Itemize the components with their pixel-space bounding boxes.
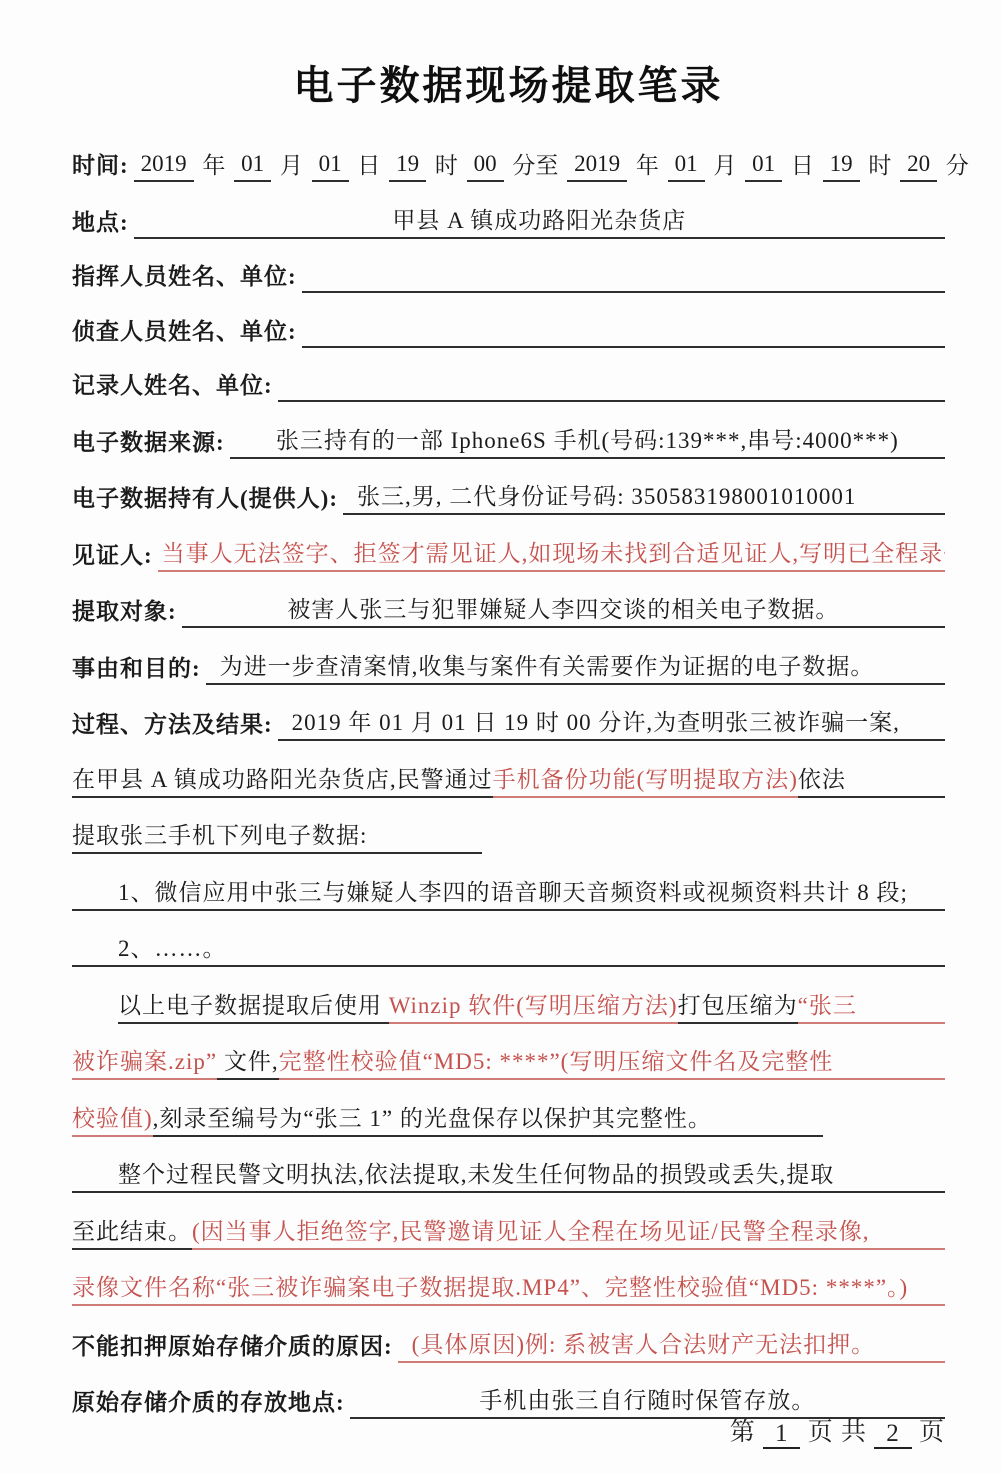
packaging-line2-red-filename-end: 被诈骗案.zip” xyxy=(72,1045,217,1080)
time-unit-hour2: 时 xyxy=(860,149,901,182)
time-end-minute: 20 xyxy=(900,147,937,182)
field-label-investigator: 侦查人员姓名、单位: xyxy=(72,315,302,348)
time-unit-hour: 时 xyxy=(426,149,467,182)
closing-line1: 整个过程民警文明执法,依法提取,未发生任何物品的损毁或丢失,提取 xyxy=(72,1158,945,1193)
time-start-hour: 19 xyxy=(389,147,426,182)
process-row-line3: 提取张三手机下列电子数据: xyxy=(72,819,482,854)
field-label-recorder: 记录人姓名、单位: xyxy=(72,369,278,402)
document-page: 电子数据现场提取笔录 时间: 2019 年 01 月 01 日 19 时 00 … xyxy=(0,0,1001,1474)
packaging-line1-red-annotation: Winzip 软件(写明压缩方法) xyxy=(389,989,678,1024)
field-label-seizure-reason: 不能扣押原始存储介质的原因: xyxy=(72,1330,398,1363)
packaging-line2-red-md5: 完整性校验值“MD5: ****”(写明压缩文件名及完整性 xyxy=(279,1045,834,1080)
time-unit-minute2: 分 xyxy=(937,149,972,182)
time-start-month: 01 xyxy=(234,147,271,182)
field-value-commander-blank xyxy=(302,291,945,293)
field-row-investigator: 侦查人员姓名、单位: xyxy=(72,315,945,348)
packaging-line2-underline-extension xyxy=(833,1078,945,1080)
field-label-time: 时间: xyxy=(72,149,134,182)
page-title: 电子数据现场提取笔录 xyxy=(72,54,945,111)
time-end-year: 2019 xyxy=(567,147,627,182)
time-start-day: 01 xyxy=(312,147,349,182)
field-value-recorder-blank xyxy=(278,400,945,402)
closing-row-line2: 至此结束。 (因当事人拒绝签字,民警邀请见证人全程在场见证/民警全程录像, xyxy=(72,1215,945,1250)
packaging-line1-underline-extension xyxy=(857,1022,945,1024)
field-label-target: 提取对象: xyxy=(72,595,182,628)
packaging-line3-underline-extension xyxy=(712,1135,823,1137)
closing-line2-underline-extension xyxy=(870,1248,945,1250)
field-label-source: 电子数据来源: xyxy=(72,426,230,459)
time-end-day: 01 xyxy=(745,147,782,182)
field-label-purpose: 事由和目的: xyxy=(72,652,206,685)
packaging-row-line2: 被诈骗案.zip” 文件, 完整性校验值“MD5: ****”(写明压缩文件名及… xyxy=(72,1045,945,1080)
packaging-line1-black1: 以上电子数据提取后使用 xyxy=(118,989,389,1024)
process-line2-red-annotation: 手机备份功能(写明提取方法) xyxy=(493,763,798,798)
time-unit-month: 月 xyxy=(271,149,312,182)
process-row-line1: 过程、方法及结果: 2019 年 01 月 01 日 19 时 00 分许,为查… xyxy=(72,706,945,741)
field-value-holder: 张三,男, 二代身份证号码: 350583198001010001 xyxy=(343,480,945,515)
packaging-line1-black2: 打包压缩为 xyxy=(678,989,798,1024)
closing-line2-black: 至此结束。 xyxy=(72,1215,192,1250)
field-label-process: 过程、方法及结果: xyxy=(72,708,278,741)
packaging-line3-red-checksum: 校验值) xyxy=(72,1102,153,1137)
field-label-witness: 见证人: xyxy=(72,539,158,572)
field-label-commander: 指挥人员姓名、单位: xyxy=(72,260,302,293)
field-row-purpose: 事由和目的: 为进一步查清案情,收集与案件有关需要作为证据的电子数据。 xyxy=(72,650,945,685)
field-row-source: 电子数据来源: 张三持有的一部 Iphone6S 手机(号码:139***,串号… xyxy=(72,424,945,459)
process-line2-black2: 依法 xyxy=(798,763,846,798)
time-start-minute: 00 xyxy=(467,147,504,182)
field-value-purpose: 为进一步查清案情,收集与案件有关需要作为证据的电子数据。 xyxy=(206,650,945,685)
field-row-target: 提取对象: 被害人张三与犯罪嫌疑人李四交谈的相关电子数据。 xyxy=(72,593,945,628)
time-unit-day2: 日 xyxy=(782,149,823,182)
field-value-investigator-blank xyxy=(302,346,945,348)
field-row-holder: 电子数据持有人(提供人): 张三,男, 二代身份证号码: 35058319800… xyxy=(72,480,945,515)
closing-line2-red-annotation: (因当事人拒绝签字,民警邀请见证人全程在场见证/民警全程录像, xyxy=(192,1215,870,1250)
field-row-commander: 指挥人员姓名、单位: xyxy=(72,260,945,293)
field-value-target: 被害人张三与犯罪嫌疑人李四交谈的相关电子数据。 xyxy=(182,593,945,628)
process-row-line2: 在甲县 A 镇成功路阳光杂货店,民警通过 手机备份功能(写明提取方法) 依法 xyxy=(72,763,945,798)
packaging-line1-red-filename-start: “张三 xyxy=(798,989,857,1024)
time-start-year: 2019 xyxy=(134,147,194,182)
process-line3-text: 提取张三手机下列电子数据: xyxy=(72,819,367,854)
packaging-line3-black: ,刻录至编号为“张三 1” 的光盘保存以保护其完整性。 xyxy=(153,1102,712,1137)
field-value-witness: 当事人无法签字、拒签才需见证人,如现场未找到合适见证人,写明已全程录像。 xyxy=(158,537,945,572)
process-line1: 2019 年 01 月 01 日 19 时 00 分许,为查明张三被诈骗一案, xyxy=(278,706,945,741)
field-row-location: 地点: 甲县 A 镇成功路阳光杂货店 xyxy=(72,204,945,239)
footer-suffix: 页 xyxy=(919,1419,945,1446)
field-row-time: 时间: 2019 年 01 月 01 日 19 时 00 分至 2019 年 0… xyxy=(72,147,945,182)
time-unit-year: 年 xyxy=(194,149,235,182)
field-row-seizure-reason: 不能扣押原始存储介质的原因: (具体原因)例: 系被害人合法财产无法扣押。 xyxy=(72,1328,945,1363)
packaging-row-line1: 以上电子数据提取后使用 Winzip 软件(写明压缩方法) 打包压缩为 “张三 xyxy=(72,989,945,1024)
field-label-storage-location: 原始存储介质的存放地点: xyxy=(72,1386,350,1419)
field-label-holder: 电子数据持有人(提供人): xyxy=(72,482,343,515)
closing-line3-red-video-info: 录像文件名称“张三被诈骗案电子数据提取.MP4”、完整性校验值“MD5: ***… xyxy=(72,1271,945,1306)
time-unit-day: 日 xyxy=(349,149,390,182)
field-label-location: 地点: xyxy=(72,206,134,239)
process-item-1: 1、微信应用中张三与嫌疑人李四的语音聊天音频资料或视频资料共计 8 段; xyxy=(72,876,945,911)
field-value-source: 张三持有的一部 Iphone6S 手机(号码:139***,串号:4000***… xyxy=(230,424,945,459)
time-unit-month2: 月 xyxy=(705,149,746,182)
footer-current-page: 1 xyxy=(763,1420,801,1449)
field-value-seizure-reason: (具体原因)例: 系被害人合法财产无法扣押。 xyxy=(398,1328,945,1363)
packaging-row-line3: 校验值) ,刻录至编号为“张三 1” 的光盘保存以保护其完整性。 xyxy=(72,1102,823,1137)
field-value-location: 甲县 A 镇成功路阳光杂货店 xyxy=(134,204,945,239)
time-unit-to: 分至 xyxy=(504,149,568,182)
process-line3-underline-extension xyxy=(367,852,482,854)
process-item-2: 2、……。 xyxy=(72,932,945,967)
process-line2-black1: 在甲县 A 镇成功路阳光杂货店,民警通过 xyxy=(72,763,493,798)
footer-prefix: 第 xyxy=(730,1419,756,1446)
process-line2-underline-extension xyxy=(846,796,945,798)
field-row-witness: 见证人: 当事人无法签字、拒签才需见证人,如现场未找到合适见证人,写明已全程录像… xyxy=(72,537,945,572)
footer-mid: 页 共 xyxy=(808,1419,867,1446)
time-end-hour: 19 xyxy=(823,147,860,182)
packaging-line2-black: 文件, xyxy=(217,1045,279,1080)
time-end-month: 01 xyxy=(668,147,705,182)
time-unit-year2: 年 xyxy=(627,149,668,182)
page-footer: 第 1 页 共 2 页 xyxy=(730,1412,945,1448)
field-row-recorder: 记录人姓名、单位: xyxy=(72,369,945,402)
footer-total-pages: 2 xyxy=(874,1420,912,1449)
